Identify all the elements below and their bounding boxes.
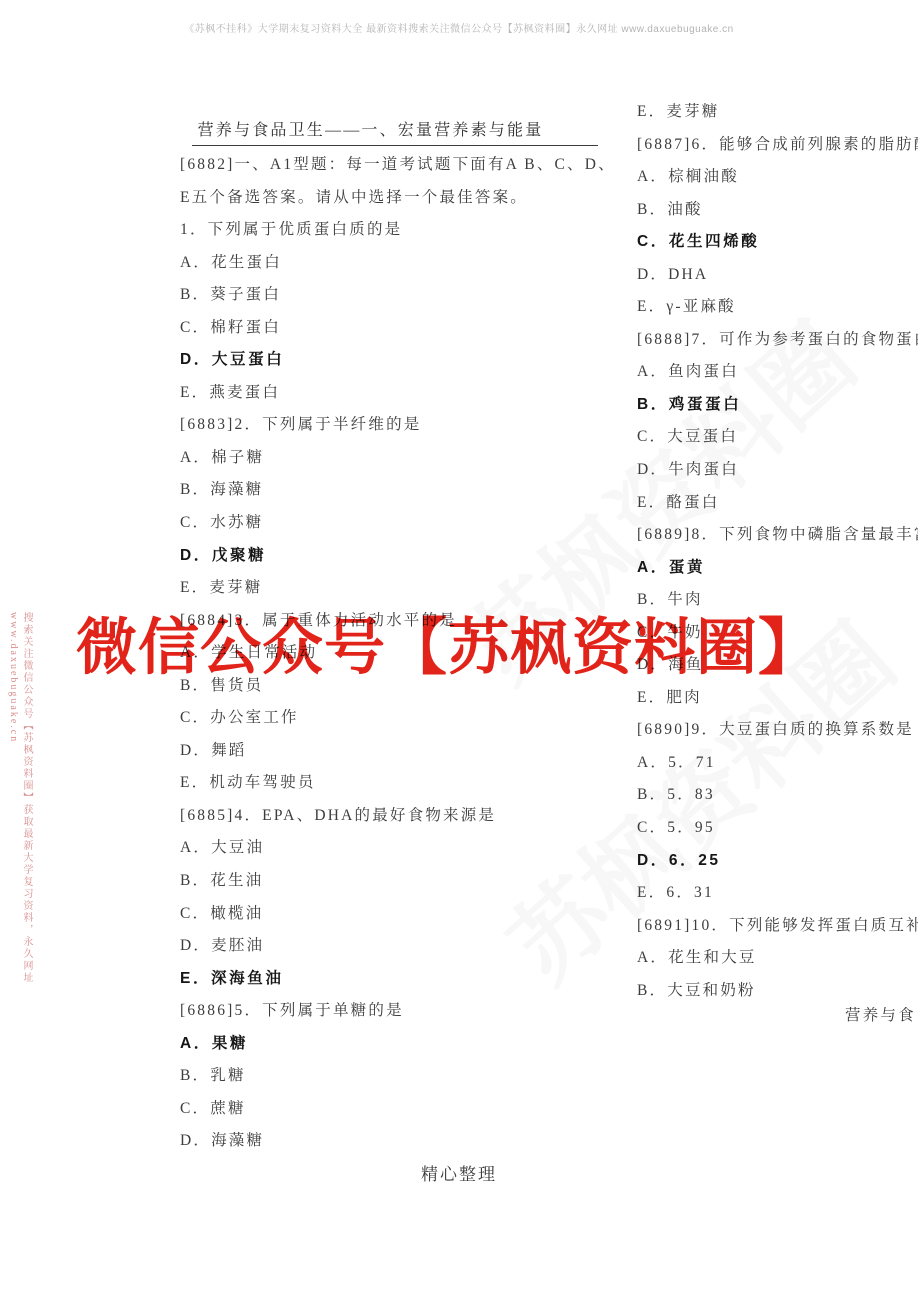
doc-line: B．油酸 [637, 194, 918, 227]
doc-line: A．鱼肉蛋白 [637, 356, 918, 389]
doc-line: [6885]4．EPA、DHA的最好食物来源是 [180, 800, 610, 833]
doc-line: [6887]6．能够合成前列腺素的脂肪酸是 [637, 129, 918, 162]
page-corner-section-label: 营养与食 [845, 1003, 916, 1025]
answer-line-bold: D．6．25 [637, 845, 918, 878]
doc-line: [6890]9．大豆蛋白质的换算系数是 [637, 714, 918, 747]
doc-title-text: 营养与食品卫生——一、宏量营养素与能量 [192, 118, 599, 146]
doc-line: C．橄榄油 [180, 898, 610, 931]
answer-line-bold: D．大豆蛋白 [180, 344, 610, 377]
doc-line: [6886]5．下列属于单糖的是 [180, 995, 610, 1028]
doc-line: D．牛肉蛋白 [637, 454, 918, 487]
doc-line: C．水苏糖 [180, 507, 610, 540]
doc-line: A．棉子糖 [180, 442, 610, 475]
doc-line: C．棉籽蛋白 [180, 312, 610, 345]
header-watermark-text: 《苏枫不挂科》大学期末复习资料大全 最新资料搜索关注微信公众号【苏枫资料圈】永久… [0, 20, 918, 35]
side-vertical-watermark-text: 搜索关注微信公众号【苏枫资料圈】获取最新大学复习资料，永久网址 www.daxu… [8, 612, 34, 1104]
doc-title: 营养与食品卫生——一、宏量营养素与能量 [180, 112, 610, 149]
doc-line: B．花生油 [180, 865, 610, 898]
doc-line: E．酪蛋白 [637, 487, 918, 520]
doc-line: C．办公室工作 [180, 702, 610, 735]
doc-line: A．花生和大豆 [637, 942, 918, 975]
doc-line: C．大豆蛋白 [637, 421, 918, 454]
doc-line: C．5．95 [637, 812, 918, 845]
doc-line: E．燕麦蛋白 [180, 377, 610, 410]
doc-line: D．舞蹈 [180, 735, 610, 768]
doc-line: B．5．83 [637, 779, 918, 812]
doc-line: A．5．71 [637, 747, 918, 780]
doc-line: E．6．31 [637, 877, 918, 910]
doc-line: D．麦胚油 [180, 930, 610, 963]
doc-line: [6891]10．下列能够发挥蛋白质互补作用的最佳 [637, 910, 918, 943]
doc-line: E．麦芽糖 [637, 96, 918, 129]
doc-line: E五个备选答案。请从中选择一个最佳答案。 [180, 182, 610, 215]
answer-line-bold: A．果糖 [180, 1028, 610, 1061]
red-wechat-watermark-text: 微信公众号【苏枫资料圈】 [76, 599, 820, 686]
doc-line: [6882]一、A1型题：每一道考试题下面有A B、C、D、 [180, 149, 610, 182]
doc-line: C．蔗糖 [180, 1093, 610, 1126]
doc-line: E．γ-亚麻酸 [637, 291, 918, 324]
doc-line: B．葵子蛋白 [180, 279, 610, 312]
doc-line: E．机动车驾驶员 [180, 767, 610, 800]
right-text-column: E．麦芽糖[6887]6．能够合成前列腺素的脂肪酸是A．棕榈油酸B．油酸C．花生… [637, 96, 918, 1007]
doc-line: D．海藻糖 [180, 1125, 610, 1158]
answer-line-bold: E．深海鱼油 [180, 963, 610, 996]
doc-line: A．花生蛋白 [180, 247, 610, 280]
doc-line: [6888]7．可作为参考蛋白的食物蛋白质是 [637, 324, 918, 357]
doc-line: 1．下列属于优质蛋白质的是 [180, 214, 610, 247]
doc-line: A．棕榈油酸 [637, 161, 918, 194]
doc-line: B．海藻糖 [180, 474, 610, 507]
answer-line-bold: D．戊聚糖 [180, 540, 610, 573]
doc-line: E．肥肉 [637, 682, 918, 715]
answer-line-bold: C．花生四烯酸 [637, 226, 918, 259]
doc-line: B．乳糖 [180, 1060, 610, 1093]
doc-line: A．大豆油 [180, 832, 610, 865]
doc-line: [6883]2．下列属于半纤维的是 [180, 409, 610, 442]
answer-line-bold: B．鸡蛋蛋白 [637, 389, 918, 422]
footer-text: 精心整理 [0, 1160, 918, 1185]
document-page: 《苏枫不挂科》大学期末复习资料大全 最新资料搜索关注微信公众号【苏枫资料圈】永久… [0, 0, 918, 1298]
doc-line: D．DHA [637, 259, 918, 292]
answer-line-bold: A．蛋黄 [637, 552, 918, 585]
doc-line: [6889]8．下列食物中磷脂含量最丰富的是 [637, 519, 918, 552]
